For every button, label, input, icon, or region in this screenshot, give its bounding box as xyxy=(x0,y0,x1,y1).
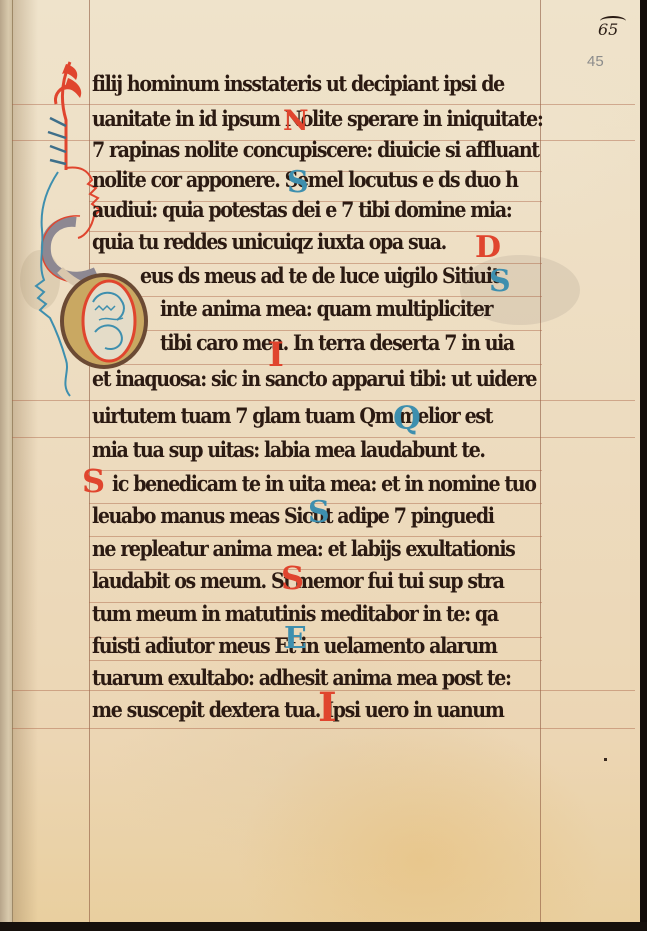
initial-s-red: S xyxy=(281,562,304,594)
text-line: me suscepit dextera tua. Ipsi uero in ua… xyxy=(92,698,503,733)
initial-d-red: D xyxy=(475,233,501,263)
text-line: filij hominum insstateris ut decipiant i… xyxy=(92,72,504,107)
text-line: eus ds meus ad te de luce uigilo Sitiuit xyxy=(140,264,499,299)
initial-i-red: I xyxy=(268,338,284,372)
initial-s-red: S xyxy=(82,465,105,497)
initial-s-blue: S xyxy=(308,498,330,528)
initial-n-red: N xyxy=(283,107,309,135)
text-line: mia tua sup uitas: labia mea laudabunt t… xyxy=(92,438,485,473)
bottom-edge xyxy=(0,922,647,931)
illuminated-initial-d xyxy=(59,272,149,370)
abbreviation-mark xyxy=(600,16,626,26)
illuminated-d-icon xyxy=(59,272,149,370)
page-edge xyxy=(640,0,647,931)
text-line: tibi caro mea. In terra deserta 7 in uia xyxy=(160,331,514,366)
initial-q-blue: Q xyxy=(393,402,421,434)
text-line: tuarum exultabo: adhesit anima mea post … xyxy=(92,666,511,701)
text-line: audiui: quia potestas dei e 7 tibi domin… xyxy=(92,198,511,233)
manuscript-page: 65 45 filij hominum insstateris ut xyxy=(0,0,644,922)
text-line: uirtutem tuam 7 glam tuam Qm melior est xyxy=(92,404,492,439)
folio-number-pencil: 45 xyxy=(587,53,604,70)
initial-i-red: I xyxy=(318,688,337,728)
text-line: quia tu reddes unicuiqz iuxta opa sua. xyxy=(92,230,446,265)
folio-number-ink: 65 xyxy=(598,20,632,39)
initial-s-blue: S xyxy=(287,168,309,198)
text-line: leuabo manus meas Sicut adipe 7 pinguedi xyxy=(92,504,494,539)
initial-s-blue: S xyxy=(489,267,511,297)
text-line: inte anima mea: quam multipliciter xyxy=(160,297,492,332)
text-line: et inaquosa: sic in sancto apparui tibi:… xyxy=(92,367,536,402)
text-line: uanitate in id ipsum Nolite sperare in i… xyxy=(92,107,542,142)
ink-speck xyxy=(604,758,607,761)
initial-e-blue: E xyxy=(284,624,307,654)
